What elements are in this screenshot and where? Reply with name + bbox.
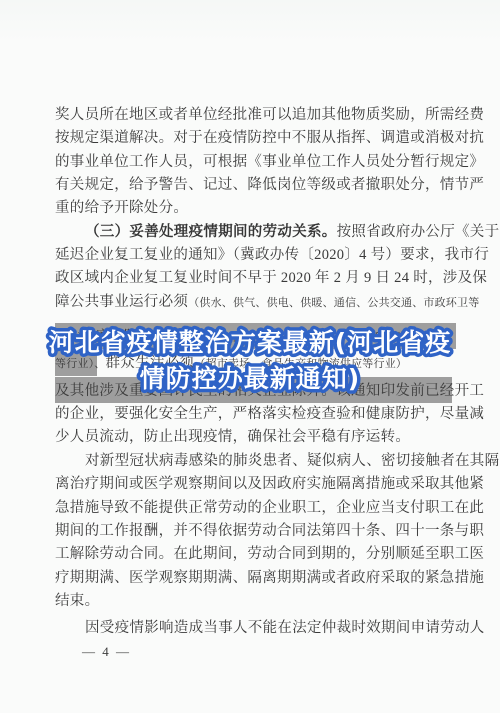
doc-text-line: 政区域内企业复工复业时间不早于 2020 年 2 月 9 日 24 时，涉及保 [55,268,477,288]
doc-text-line: （三）妥善处理疫情期间的劳动关系。按照省政府办公厅《关于 [55,222,500,242]
doc-text-fragment-small: （供水、供气、供电、供暖、通信、公共交通、市政环卫等 [188,297,479,309]
doc-text-line: 的事业单位工作人员，可根据《事业单位工作人员处分暂行规定》 [55,152,477,172]
scanned-document-page: 奖人员所在地区或者单位经批准可以追加其他物质奖励，所需经费 按规定渠道解决。对于… [0,0,500,713]
doc-text-line: 期间的工作报酬，并不得依据劳动合同法第四十条、四十一条与职 [55,521,477,541]
doc-text-line: 结束。 [55,591,477,611]
doc-text-line: 重的给予开除处分。 [55,198,477,218]
doc-text-line: 延迟企业复工复业的通知》（冀政办传〔2020〕4 号）要求，我市行 [55,245,477,265]
doc-text-line: 对新型冠状病毒感染的肺炎患者、疑似病人、密切接触者在其隔 [55,451,500,471]
overlay-title-line1: 河北省疫情整治方案最新(河北省疫 [49,328,451,357]
doc-text-line: 离治疗期间或医学观察期间以及因政府实施隔离措施或采取其他紧 [55,474,477,494]
doc-text-line: 障公共事业运行必须（供水、供气、供电、供暖、通信、公共交通、市政环卫等 [55,292,477,313]
doc-text-line: 有关规定，给予警告、记过、降低岗位等级或者撤职处分，情节严 [55,175,477,195]
page-number: — 4 — [82,644,131,660]
doc-text-line: 按规定渠道解决。对于在疫情防控中不服从指挥、调遣或消极对抗 [55,128,477,148]
doc-text-line: 的企业，要强化安全生产，严格落实检疫查验和健康防护，尽量减 [55,404,477,424]
doc-text-line: 奖人员所在地区或者单位经批准可以追加其他物质奖励，所需经费 [55,105,477,125]
doc-text-line: 急措施导致不能提供正常劳动的企业职工，企业应当支付职工在此 [55,498,477,518]
doc-text-fragment: 障公共事业运行必须 [55,294,188,310]
doc-text-line: 工解除劳动合同。在此期间，劳动合同到期的，分别顺延至职工医 [55,544,477,564]
section-heading: （三）妥善处理疫情期间的劳动关系。 [85,224,337,240]
doc-text-line: 疗期期满、医学观察期期满、隔离期期满或者政府采取的紧急措施 [55,568,477,588]
doc-text-fragment: 按照省政府办公厅《关于 [337,224,500,240]
doc-text-line: 少人员流动，防止出现疫情，确保社会平稳有序运转。 [55,427,477,447]
overlay-title: 河北省疫情整治方案最新(河北省疫 情防控办最新通知) [0,312,500,404]
overlay-title-line2: 情防控办最新通知) [139,364,360,393]
doc-text-line: 因受疫情影响造成当事人不能在法定仲裁时效期间申请劳动人 [55,618,500,638]
